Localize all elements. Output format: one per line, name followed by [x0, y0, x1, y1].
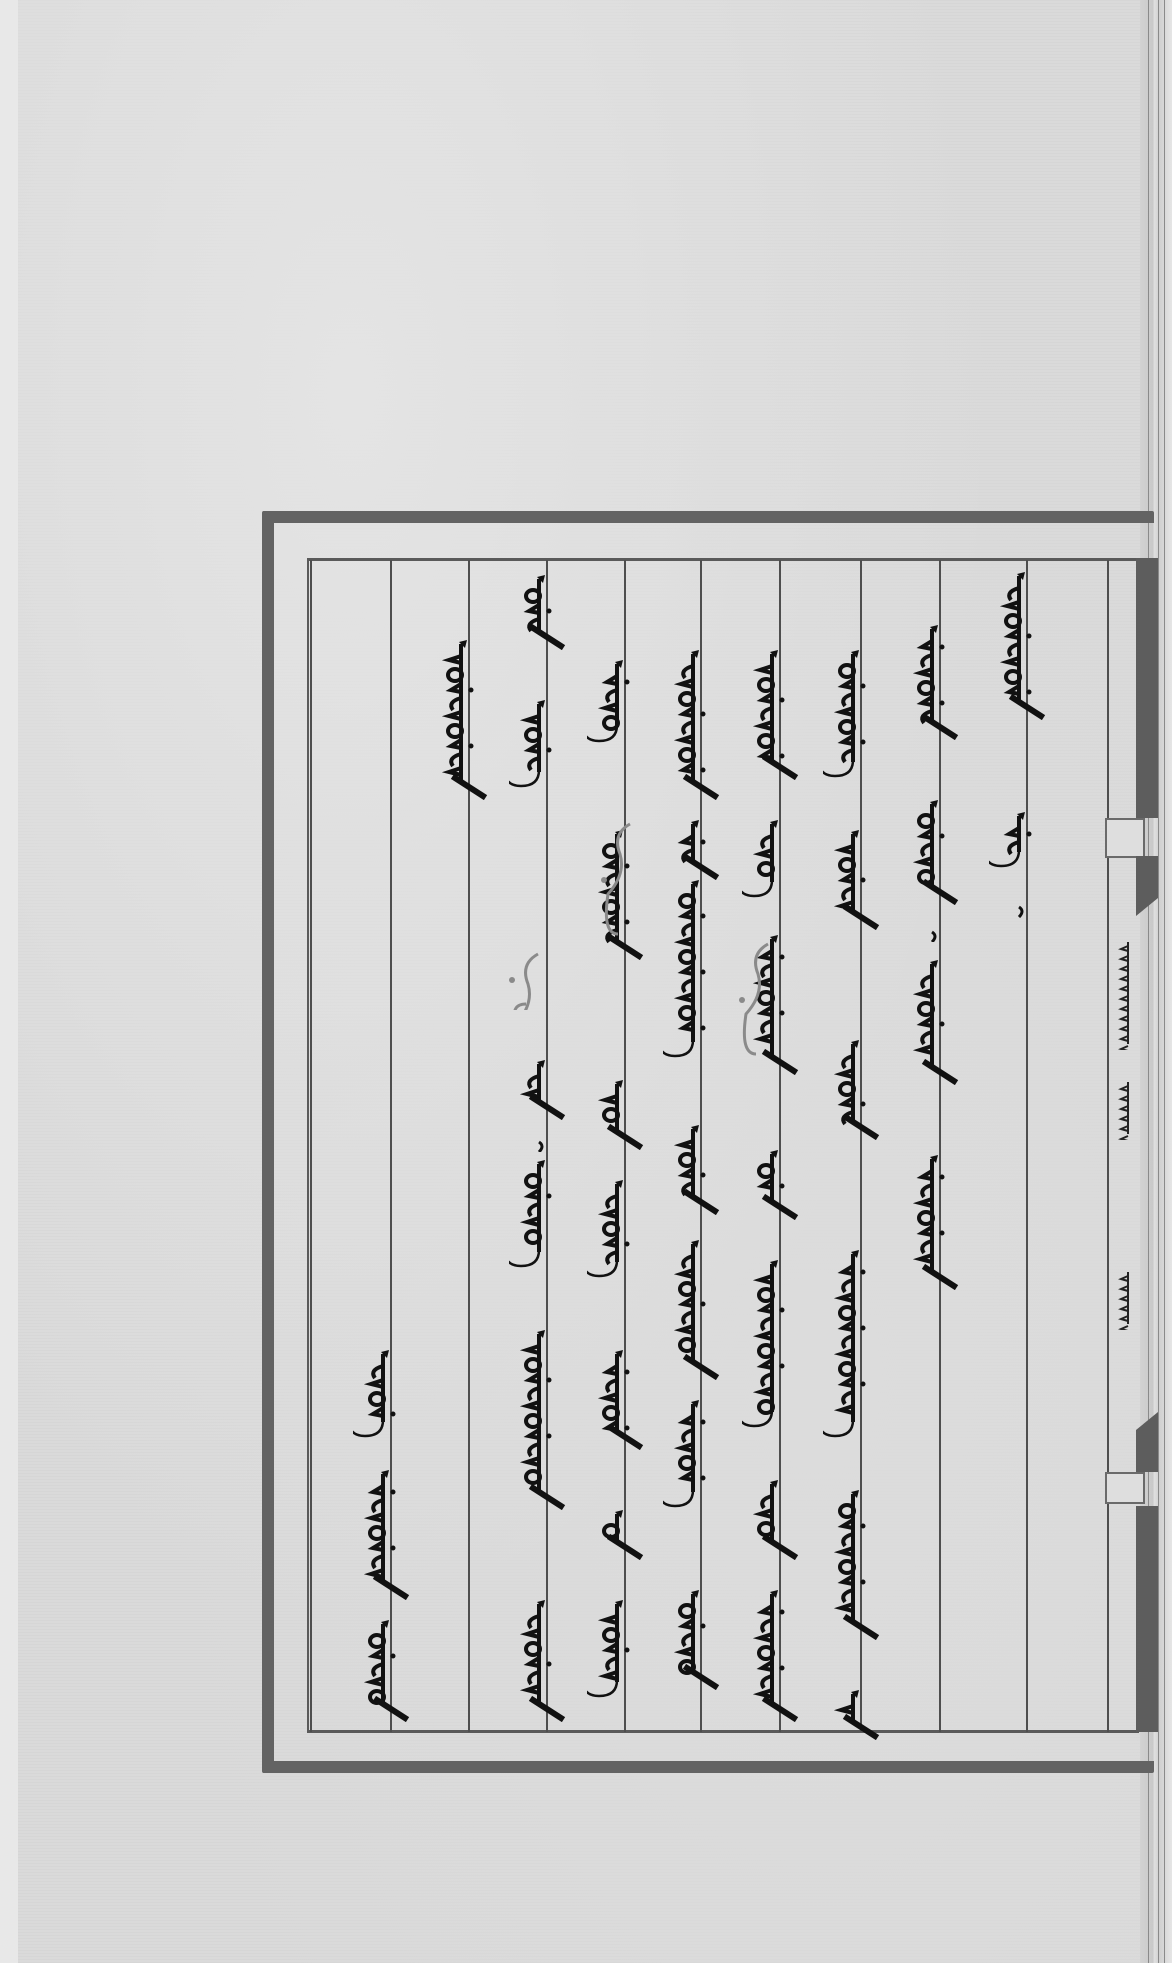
script-word	[750, 1260, 794, 1430]
script-word	[517, 1160, 561, 1270]
script-word	[671, 1400, 715, 1510]
script-word	[997, 812, 1041, 870]
script-word	[595, 1350, 639, 1450]
script-word	[517, 700, 561, 790]
script-word	[750, 650, 794, 780]
script-word	[910, 1155, 954, 1290]
script-word	[997, 572, 1041, 720]
script-word	[361, 1620, 405, 1722]
spine-label-text	[1112, 1270, 1136, 1334]
script-word	[831, 1040, 875, 1140]
punctuation-mark	[910, 930, 954, 942]
script-word	[910, 625, 954, 740]
script-word	[831, 1690, 875, 1740]
script-word	[831, 830, 875, 930]
script-word	[517, 575, 561, 650]
script-word	[595, 1510, 639, 1560]
page-left-margin	[0, 0, 18, 1963]
script-word	[910, 800, 954, 905]
punctuation-mark	[517, 1140, 561, 1152]
script-word	[831, 1250, 875, 1440]
script-word	[671, 1240, 715, 1380]
script-word	[750, 1590, 794, 1722]
script-word	[517, 1060, 561, 1120]
column-rule	[1026, 560, 1028, 1732]
spine-label-text	[1112, 1080, 1136, 1144]
script-word	[517, 1600, 561, 1722]
script-word	[671, 820, 715, 880]
script-word	[361, 1470, 405, 1600]
script-word	[671, 650, 715, 800]
fish-tail-bar-bottom	[1136, 1506, 1158, 1732]
script-word	[595, 1600, 639, 1700]
script-word	[671, 1590, 715, 1690]
script-word	[517, 1330, 561, 1510]
column-rule	[310, 560, 312, 1732]
script-word	[671, 1125, 715, 1215]
script-word	[831, 650, 875, 780]
script-word	[439, 640, 483, 800]
script-word	[750, 1150, 794, 1220]
script-word	[910, 960, 954, 1085]
spine-rule	[1158, 0, 1159, 1963]
script-word	[595, 1180, 639, 1280]
script-word	[671, 880, 715, 1060]
punctuation-mark	[997, 905, 1041, 918]
script-word	[750, 1480, 794, 1560]
script-word	[831, 1490, 875, 1640]
fish-tail-bar-top	[1136, 558, 1158, 818]
script-word	[595, 1080, 639, 1150]
spine-label-text	[1112, 940, 1136, 1054]
column-rule	[1107, 560, 1109, 1732]
spine-rule	[1164, 0, 1165, 1963]
script-word	[595, 660, 639, 745]
fold-marker-top	[1105, 818, 1145, 858]
annotation-mark	[590, 820, 640, 944]
fold-marker-bottom	[1105, 1472, 1145, 1504]
script-word	[750, 820, 794, 900]
annotation-mark	[498, 950, 548, 1014]
annotation-mark	[728, 940, 778, 1064]
script-word	[361, 1350, 405, 1440]
